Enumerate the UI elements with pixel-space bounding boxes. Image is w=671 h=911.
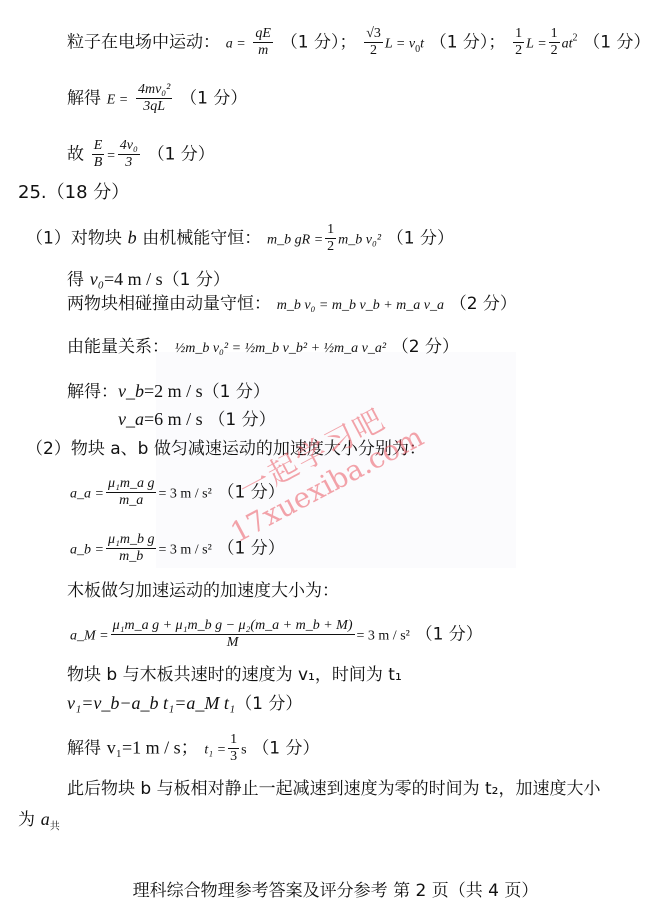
solve-E-line: 解得 E = 4mv₀²3qL （1 分） [67, 82, 247, 115]
fraction: 12 [325, 222, 336, 255]
eq-lhs: a_a = [70, 487, 104, 502]
label: 解得： [67, 382, 118, 402]
momentum-line: 两物块相碰撞由动量守恒： m_b v₀ = m_b v_b + m_a v_a … [67, 293, 517, 317]
part1-energy-line: （1）对物块 b 由机械能守恒： m_b gR =12m_b v₀² （1 分） [26, 222, 454, 255]
label: 故 [67, 145, 84, 165]
score: （1 分） [583, 33, 650, 53]
value: =6 m / s [144, 409, 203, 429]
label: （1）对物块 [26, 229, 122, 249]
value: v₁=1 m / s； [107, 738, 199, 758]
score: （1 分） [180, 89, 247, 109]
equation: m_b v₀ = m_b v_b + m_a v_a [277, 298, 444, 313]
subsequent-motion-line: 此后物块 b 与板相对静止一起减速到速度为零的时间为 t₂，加速度大小 [67, 778, 600, 800]
score: （1 分） [203, 382, 270, 402]
va-result-line: v_a=6 m / s （1 分） [118, 408, 276, 431]
fraction: EB [92, 138, 105, 171]
eq-lhs: a_b = [70, 543, 104, 558]
vb-result-line: 解得：v_b=2 m / s（1 分） [67, 380, 270, 403]
label: 粒子在电场中运动： [67, 33, 220, 53]
fraction: 12 [513, 26, 524, 59]
score: （1 分） [252, 739, 319, 759]
ratio-line: 故 EB=4v₀3 （1 分） [67, 138, 215, 171]
fraction: 12 [549, 26, 560, 59]
eq-lhs: t₁ = [204, 743, 226, 758]
score: （1 分） [416, 625, 483, 645]
fraction: √32 [364, 26, 383, 59]
value: = 3 m / s² [158, 543, 211, 558]
label: 为 [18, 810, 35, 830]
var: v₀ [90, 269, 104, 289]
accel-M-line: a_M =μ₁m_a g + μ₁m_b g − μ₂(m_a + m_b + … [70, 618, 483, 651]
label: 由机械能守恒： [142, 229, 261, 249]
value: = 3 m / s² [357, 629, 410, 644]
subscript: 共 [50, 822, 60, 833]
fraction: μ₁m_b gm_b [106, 532, 157, 565]
fraction: 13 [228, 732, 239, 765]
energy-relation-line: 由能量关系： ½m_b v₀² = ½m_b v_b² + ½m_a v_a² … [67, 336, 459, 360]
v1-t1-result-line: 解得 v₁=1 m / s； t₁ =13s （1 分） [67, 732, 320, 765]
particle-motion-line: 粒子在电场中运动： a = qEm （1 分）； √32L = v0t （1 分… [67, 26, 651, 61]
score: （2 分） [392, 337, 459, 357]
value: =2 m / s [144, 381, 203, 401]
fraction: qEm [253, 26, 273, 59]
value: =4 m / s [104, 269, 163, 289]
label: 由能量关系： [67, 337, 169, 357]
eq-lhs: a_M = [70, 629, 109, 644]
eq-lhs: m_b gR = [267, 233, 323, 248]
var-b: b [128, 228, 137, 248]
score: （1 分）； [281, 33, 357, 53]
value: = 3 m / s² [158, 487, 211, 502]
score: （2 分） [450, 294, 517, 314]
fraction: 4mv₀²3qL [136, 82, 172, 115]
label: 得 [67, 270, 84, 290]
v0-result-line: 得 v₀=4 m / s（1 分） [67, 268, 230, 291]
score: （1 分） [148, 145, 215, 165]
page-footer: 理科综合物理参考答案及评分参考 第 2 页（共 4 页） [0, 876, 671, 901]
score: （1 分）； [430, 33, 506, 53]
var: v_a [118, 409, 144, 429]
fraction: μ₁m_a gm_a [106, 476, 157, 509]
eq-lhs: a = [226, 37, 246, 52]
score: （1 分） [235, 694, 302, 714]
fraction: 4v₀3 [118, 138, 140, 171]
board-accel-heading: 木板做匀加速运动的加速度大小为： [67, 580, 339, 602]
equation: ½m_b v₀² = ½m_b v_b² + ½m_a v_a² [175, 341, 386, 356]
question-25-heading: 25.（18 分） [18, 182, 129, 204]
eq-lhs: E = [107, 93, 129, 108]
var: v_b [118, 381, 144, 401]
common-velocity-line: 物块 b 与木板共速时的速度为 v₁，时间为 t₁ [67, 664, 402, 686]
label: 解得 [67, 89, 101, 109]
equation: v₁=v_b−a_b t₁=a_M t₁ [67, 693, 235, 713]
shared-accel-line: 为 a共 [18, 808, 60, 839]
label: 两物块相碰撞由动量守恒： [67, 294, 271, 314]
score: （1 分） [387, 229, 454, 249]
fraction: μ₁m_a g + μ₁m_b g − μ₂(m_a + m_b + M)M [111, 618, 355, 651]
label: 解得 [67, 739, 101, 759]
score: （1 分） [208, 410, 275, 430]
var-a: a [41, 809, 50, 829]
v1-equation-line: v₁=v_b−a_b t₁=a_M t₁（1 分） [67, 692, 302, 715]
score: （1 分） [163, 270, 230, 290]
